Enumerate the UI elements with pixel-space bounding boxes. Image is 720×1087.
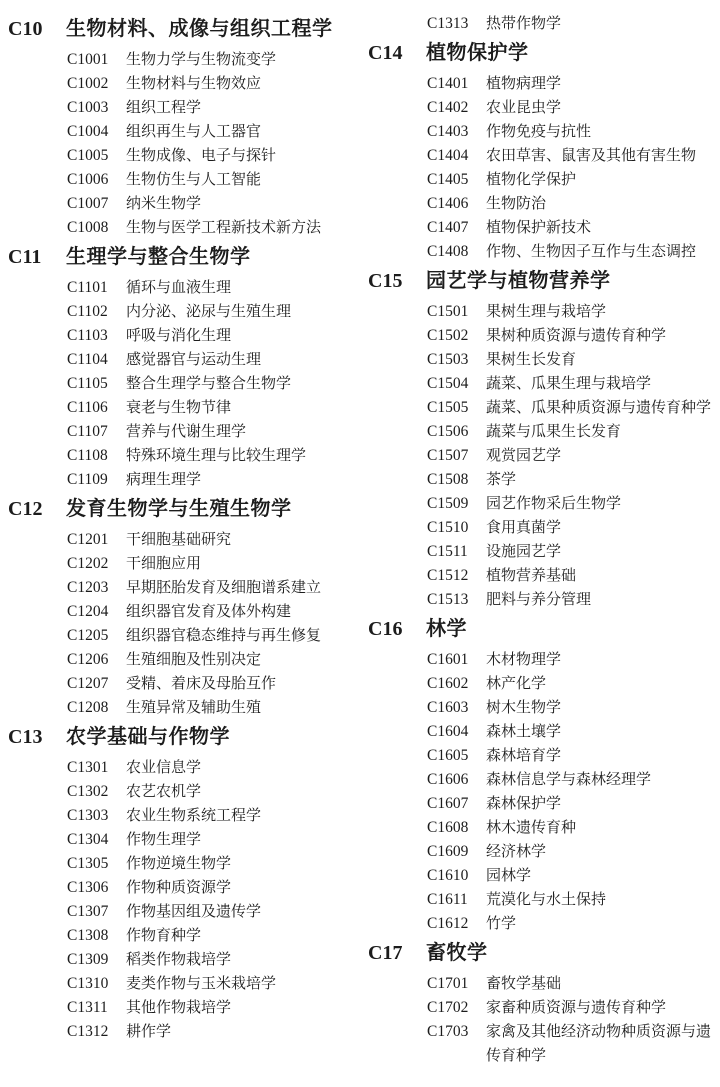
item-code: C1307 (67, 900, 126, 924)
item-code: C1505 (427, 396, 486, 420)
item-label: 生殖细胞及性别决定 (126, 648, 360, 672)
item-row: C1310麦类作物与玉米栽培学 (8, 972, 360, 996)
item-code: C1701 (427, 972, 486, 996)
item-label: 蔬菜、瓜果生理与栽培学 (486, 372, 714, 396)
item-label: 植物病理学 (486, 72, 714, 96)
item-row: C1311其他作物栽培学 (8, 996, 360, 1020)
item-row: C1001生物力学与生物流变学 (8, 48, 360, 72)
item-code: C1601 (427, 648, 486, 672)
item-label: 作物、生物因子互作与生态调控 (486, 240, 714, 264)
item-code: C1508 (427, 468, 486, 492)
item-label: 经济林学 (486, 840, 714, 864)
section-code: C14 (368, 40, 426, 67)
item-row: C1501果树生理与栽培学 (368, 300, 714, 324)
item-row: C1703家禽及其他经济动物种质资源与遗传育种学 (368, 1020, 714, 1068)
column-left: C10生物材料、成像与组织工程学C1001生物力学与生物流变学C1002生物材料… (8, 12, 360, 1068)
item-code: C1313 (427, 12, 486, 36)
section-title: 发育生物学与生殖生物学 (66, 496, 292, 523)
section-title: 生物材料、成像与组织工程学 (66, 16, 333, 43)
item-label: 组织工程学 (126, 96, 360, 120)
item-row: C1504蔬菜、瓜果生理与栽培学 (368, 372, 714, 396)
item-row: C1407植物保护新技术 (368, 216, 714, 240)
item-label: 生物防治 (486, 192, 714, 216)
item-label: 农业生物系统工程学 (126, 804, 360, 828)
section-code: C11 (8, 244, 66, 271)
item-row: C1701畜牧学基础 (368, 972, 714, 996)
item-label: 果树生长发育 (486, 348, 714, 372)
item-row: C1201干细胞基础研究 (8, 528, 360, 552)
item-label: 木材物理学 (486, 648, 714, 672)
item-code: C1605 (427, 744, 486, 768)
item-row: C1508茶学 (368, 468, 714, 492)
section-title: 畜牧学 (426, 940, 488, 967)
item-label: 果树种质资源与遗传育种学 (486, 324, 714, 348)
item-row: C1106衰老与生物节律 (8, 396, 360, 420)
item-code: C1107 (67, 420, 126, 444)
item-label: 干细胞应用 (126, 552, 360, 576)
item-code: C1512 (427, 564, 486, 588)
item-row: C1403作物免疫与抗性 (368, 120, 714, 144)
item-row: C1202干细胞应用 (8, 552, 360, 576)
item-code: C1104 (67, 348, 126, 372)
item-label: 稻类作物栽培学 (126, 948, 360, 972)
item-row: C1305作物逆境生物学 (8, 852, 360, 876)
item-label: 耕作学 (126, 1020, 360, 1044)
item-label: 整合生理学与整合生物学 (126, 372, 360, 396)
section-c17: C17畜牧学C1701畜牧学基础C1702家畜种质资源与遗传育种学C1703家禽… (368, 940, 714, 1068)
item-label: 森林信息学与森林经理学 (486, 768, 714, 792)
item-code: C1612 (427, 912, 486, 936)
section-header: C17畜牧学 (368, 940, 714, 967)
item-label: 组织器官稳态维持与再生修复 (126, 624, 360, 648)
item-row: C1102内分泌、泌尿与生殖生理 (8, 300, 360, 324)
item-code: C1312 (67, 1020, 126, 1044)
item-code: C1202 (67, 552, 126, 576)
item-code: C1509 (427, 492, 486, 516)
item-row: C1503果树生长发育 (368, 348, 714, 372)
section-header: C15园艺学与植物营养学 (368, 268, 714, 295)
item-label: 森林保护学 (486, 792, 714, 816)
item-label: 植物营养基础 (486, 564, 714, 588)
item-row: C1605森林培育学 (368, 744, 714, 768)
item-code: C1507 (427, 444, 486, 468)
item-code: C1301 (67, 756, 126, 780)
item-code: C1302 (67, 780, 126, 804)
item-code: C1201 (67, 528, 126, 552)
section-c10: C10生物材料、成像与组织工程学C1001生物力学与生物流变学C1002生物材料… (8, 16, 360, 240)
section-title: 林学 (426, 616, 467, 643)
item-label: 内分泌、泌尿与生殖生理 (126, 300, 360, 324)
section-header: C14植物保护学 (368, 40, 714, 67)
item-label: 肥料与养分管理 (486, 588, 714, 612)
item-label: 干细胞基础研究 (126, 528, 360, 552)
item-row: C1007纳米生物学 (8, 192, 360, 216)
item-label: 设施园艺学 (486, 540, 714, 564)
item-label: 竹学 (486, 912, 714, 936)
item-code: C1403 (427, 120, 486, 144)
item-label: 生物成像、电子与探针 (126, 144, 360, 168)
item-label: 热带作物学 (486, 12, 714, 36)
section-header: C11生理学与整合生物学 (8, 244, 360, 271)
item-code: C1504 (427, 372, 486, 396)
item-row: C1107营养与代谢生理学 (8, 420, 360, 444)
item-label: 荒漠化与水土保持 (486, 888, 714, 912)
item-label: 园艺作物采后生物学 (486, 492, 714, 516)
item-row: C1401植物病理学 (368, 72, 714, 96)
item-code: C1004 (67, 120, 126, 144)
item-code: C1007 (67, 192, 126, 216)
section-c15: C15园艺学与植物营养学C1501果树生理与栽培学C1502果树种质资源与遗传育… (368, 268, 714, 612)
item-code: C1311 (67, 996, 126, 1020)
item-code: C1702 (427, 996, 486, 1020)
item-label: 作物基因组及遗传学 (126, 900, 360, 924)
item-row: C1205组织器官稳态维持与再生修复 (8, 624, 360, 648)
item-row: C1303农业生物系统工程学 (8, 804, 360, 828)
item-label: 作物生理学 (126, 828, 360, 852)
item-label: 农艺农机学 (126, 780, 360, 804)
item-row: C1612竹学 (368, 912, 714, 936)
item-code: C1404 (427, 144, 486, 168)
item-row: C1406生物防治 (368, 192, 714, 216)
item-code: C1606 (427, 768, 486, 792)
item-row: C1602林产化学 (368, 672, 714, 696)
item-row: C1609经济林学 (368, 840, 714, 864)
item-row: C1405植物化学保护 (368, 168, 714, 192)
item-code: C1005 (67, 144, 126, 168)
item-code: C1703 (427, 1020, 486, 1044)
item-row: C1301农业信息学 (8, 756, 360, 780)
item-code: C1305 (67, 852, 126, 876)
item-row: C1101循环与血液生理 (8, 276, 360, 300)
item-row: C1302农艺农机学 (8, 780, 360, 804)
item-row: C1006生物仿生与人工智能 (8, 168, 360, 192)
item-code: C1203 (67, 576, 126, 600)
item-label: 森林土壤学 (486, 720, 714, 744)
item-code: C1402 (427, 96, 486, 120)
item-label: 林木遗传育种 (486, 816, 714, 840)
item-label: 家禽及其他经济动物种质资源与遗传育种学 (486, 1020, 714, 1068)
section-c13: C13农学基础与作物学C1301农业信息学C1302农艺农机学C1303农业生物… (8, 724, 360, 1044)
item-row: C1402农业昆虫学 (368, 96, 714, 120)
section-title: 植物保护学 (426, 40, 529, 67)
item-code: C1206 (67, 648, 126, 672)
item-label: 蔬菜与瓜果生长发育 (486, 420, 714, 444)
item-label: 植物化学保护 (486, 168, 714, 192)
item-code: C1303 (67, 804, 126, 828)
item-row: C1206生殖细胞及性别决定 (8, 648, 360, 672)
section-header: C13农学基础与作物学 (8, 724, 360, 751)
item-code: C1001 (67, 48, 126, 72)
item-label: 植物保护新技术 (486, 216, 714, 240)
section-c16: C16林学C1601木材物理学C1602林产化学C1603树木生物学C1604森… (368, 616, 714, 936)
item-row: C1003组织工程学 (8, 96, 360, 120)
item-code: C1405 (427, 168, 486, 192)
item-label: 生物仿生与人工智能 (126, 168, 360, 192)
column-right: C1313热带作物学C14植物保护学C1401植物病理学C1402农业昆虫学C1… (368, 12, 714, 1068)
item-label: 感觉器官与运动生理 (126, 348, 360, 372)
item-code: C1109 (67, 468, 126, 492)
item-label: 其他作物栽培学 (126, 996, 360, 1020)
section-header: C10生物材料、成像与组织工程学 (8, 16, 360, 43)
item-code: C1611 (427, 888, 486, 912)
item-row: C1507观赏园艺学 (368, 444, 714, 468)
item-row: C1502果树种质资源与遗传育种学 (368, 324, 714, 348)
item-row: C1109病理生理学 (8, 468, 360, 492)
item-label: 生物与医学工程新技术新方法 (126, 216, 360, 240)
item-code: C1102 (67, 300, 126, 324)
item-label: 森林培育学 (486, 744, 714, 768)
item-row: C1702家畜种质资源与遗传育种学 (368, 996, 714, 1020)
item-row: C1203早期胚胎发育及细胞谱系建立 (8, 576, 360, 600)
item-code: C1304 (67, 828, 126, 852)
item-label: 作物育种学 (126, 924, 360, 948)
item-label: 农业昆虫学 (486, 96, 714, 120)
section-code: C16 (368, 616, 426, 643)
item-label: 生殖异常及辅助生殖 (126, 696, 360, 720)
item-code: C1609 (427, 840, 486, 864)
item-code: C1501 (427, 300, 486, 324)
item-label: 受精、着床及母胎互作 (126, 672, 360, 696)
item-code: C1503 (427, 348, 486, 372)
item-code: C1308 (67, 924, 126, 948)
item-code: C1603 (427, 696, 486, 720)
item-code: C1407 (427, 216, 486, 240)
item-row: C1307作物基因组及遗传学 (8, 900, 360, 924)
section-code: C13 (8, 724, 66, 751)
item-code: C1408 (427, 240, 486, 264)
item-label: 麦类作物与玉米栽培学 (126, 972, 360, 996)
item-label: 组织再生与人工器官 (126, 120, 360, 144)
item-label: 果树生理与栽培学 (486, 300, 714, 324)
item-row: C1408作物、生物因子互作与生态调控 (368, 240, 714, 264)
item-label: 生物力学与生物流变学 (126, 48, 360, 72)
item-row: C1604森林土壤学 (368, 720, 714, 744)
item-row: C1004组织再生与人工器官 (8, 120, 360, 144)
item-row: C1005生物成像、电子与探针 (8, 144, 360, 168)
item-code: C1604 (427, 720, 486, 744)
section-c14: C14植物保护学C1401植物病理学C1402农业昆虫学C1403作物免疫与抗性… (368, 40, 714, 264)
item-code: C1401 (427, 72, 486, 96)
item-label: 病理生理学 (126, 468, 360, 492)
item-label: 茶学 (486, 468, 714, 492)
item-label: 作物种质资源学 (126, 876, 360, 900)
section-code: C15 (368, 268, 426, 295)
item-row: C1505蔬菜、瓜果种质资源与遗传育种学 (368, 396, 714, 420)
section-c12: C12发育生物学与生殖生物学C1201干细胞基础研究C1202干细胞应用C120… (8, 496, 360, 720)
item-label: 园林学 (486, 864, 714, 888)
item-label: 蔬菜、瓜果种质资源与遗传育种学 (486, 396, 714, 420)
item-row: C1002生物材料与生物效应 (8, 72, 360, 96)
item-label: 特殊环境生理与比较生理学 (126, 444, 360, 468)
item-label: 树木生物学 (486, 696, 714, 720)
item-code: C1106 (67, 396, 126, 420)
item-label: 农业信息学 (126, 756, 360, 780)
item-row: C1509园艺作物采后生物学 (368, 492, 714, 516)
item-label: 循环与血液生理 (126, 276, 360, 300)
item-label: 呼吸与消化生理 (126, 324, 360, 348)
section-continued: C1313热带作物学 (368, 12, 714, 36)
item-label: 纳米生物学 (126, 192, 360, 216)
item-row: C1103呼吸与消化生理 (8, 324, 360, 348)
section-title: 生理学与整合生物学 (66, 244, 251, 271)
item-row: C1611荒漠化与水土保持 (368, 888, 714, 912)
item-code: C1002 (67, 72, 126, 96)
item-label: 早期胚胎发育及细胞谱系建立 (126, 576, 360, 600)
item-code: C1105 (67, 372, 126, 396)
item-label: 林产化学 (486, 672, 714, 696)
item-code: C1008 (67, 216, 126, 240)
item-code: C1101 (67, 276, 126, 300)
item-label: 营养与代谢生理学 (126, 420, 360, 444)
section-code: C12 (8, 496, 66, 523)
item-row: C1308作物育种学 (8, 924, 360, 948)
item-label: 组织器官发育及体外构建 (126, 600, 360, 624)
item-row: C1105整合生理学与整合生物学 (8, 372, 360, 396)
item-row: C1513肥料与养分管理 (368, 588, 714, 612)
item-label: 观赏园艺学 (486, 444, 714, 468)
item-code: C1607 (427, 792, 486, 816)
item-row: C1506蔬菜与瓜果生长发育 (368, 420, 714, 444)
document-page: C10生物材料、成像与组织工程学C1001生物力学与生物流变学C1002生物材料… (0, 0, 720, 1068)
item-code: C1310 (67, 972, 126, 996)
section-code: C17 (368, 940, 426, 967)
item-code: C1608 (427, 816, 486, 840)
item-code: C1406 (427, 192, 486, 216)
section-c11: C11生理学与整合生物学C1101循环与血液生理C1102内分泌、泌尿与生殖生理… (8, 244, 360, 492)
item-row: C1603树木生物学 (368, 696, 714, 720)
item-row: C1607森林保护学 (368, 792, 714, 816)
item-row: C1207受精、着床及母胎互作 (8, 672, 360, 696)
item-code: C1513 (427, 588, 486, 612)
item-row: C1512植物营养基础 (368, 564, 714, 588)
item-row: C1313热带作物学 (368, 12, 714, 36)
item-code: C1103 (67, 324, 126, 348)
item-row: C1404农田草害、鼠害及其他有害生物 (368, 144, 714, 168)
item-code: C1602 (427, 672, 486, 696)
item-row: C1306作物种质资源学 (8, 876, 360, 900)
item-code: C1506 (427, 420, 486, 444)
item-code: C1204 (67, 600, 126, 624)
item-code: C1306 (67, 876, 126, 900)
item-row: C1312耕作学 (8, 1020, 360, 1044)
item-row: C1601木材物理学 (368, 648, 714, 672)
item-code: C1207 (67, 672, 126, 696)
item-row: C1510食用真菌学 (368, 516, 714, 540)
section-header: C12发育生物学与生殖生物学 (8, 496, 360, 523)
item-row: C1610园林学 (368, 864, 714, 888)
item-label: 食用真菌学 (486, 516, 714, 540)
item-label: 作物逆境生物学 (126, 852, 360, 876)
section-title: 园艺学与植物营养学 (426, 268, 611, 295)
item-row: C1304作物生理学 (8, 828, 360, 852)
section-header: C16林学 (368, 616, 714, 643)
item-label: 农田草害、鼠害及其他有害生物 (486, 144, 714, 168)
item-row: C1204组织器官发育及体外构建 (8, 600, 360, 624)
item-code: C1108 (67, 444, 126, 468)
item-code: C1510 (427, 516, 486, 540)
item-label: 生物材料与生物效应 (126, 72, 360, 96)
item-label: 衰老与生物节律 (126, 396, 360, 420)
item-code: C1511 (427, 540, 486, 564)
item-code: C1610 (427, 864, 486, 888)
section-code: C10 (8, 16, 66, 43)
item-row: C1608林木遗传育种 (368, 816, 714, 840)
item-code: C1309 (67, 948, 126, 972)
section-title: 农学基础与作物学 (66, 724, 230, 751)
item-code: C1003 (67, 96, 126, 120)
item-label: 作物免疫与抗性 (486, 120, 714, 144)
item-row: C1309稻类作物栽培学 (8, 948, 360, 972)
item-row: C1511设施园艺学 (368, 540, 714, 564)
item-code: C1006 (67, 168, 126, 192)
item-label: 家畜种质资源与遗传育种学 (486, 996, 714, 1020)
item-row: C1108特殊环境生理与比较生理学 (8, 444, 360, 468)
item-code: C1205 (67, 624, 126, 648)
item-row: C1104感觉器官与运动生理 (8, 348, 360, 372)
item-code: C1502 (427, 324, 486, 348)
item-row: C1208生殖异常及辅助生殖 (8, 696, 360, 720)
item-label: 畜牧学基础 (486, 972, 714, 996)
item-row: C1606森林信息学与森林经理学 (368, 768, 714, 792)
item-code: C1208 (67, 696, 126, 720)
item-row: C1008生物与医学工程新技术新方法 (8, 216, 360, 240)
